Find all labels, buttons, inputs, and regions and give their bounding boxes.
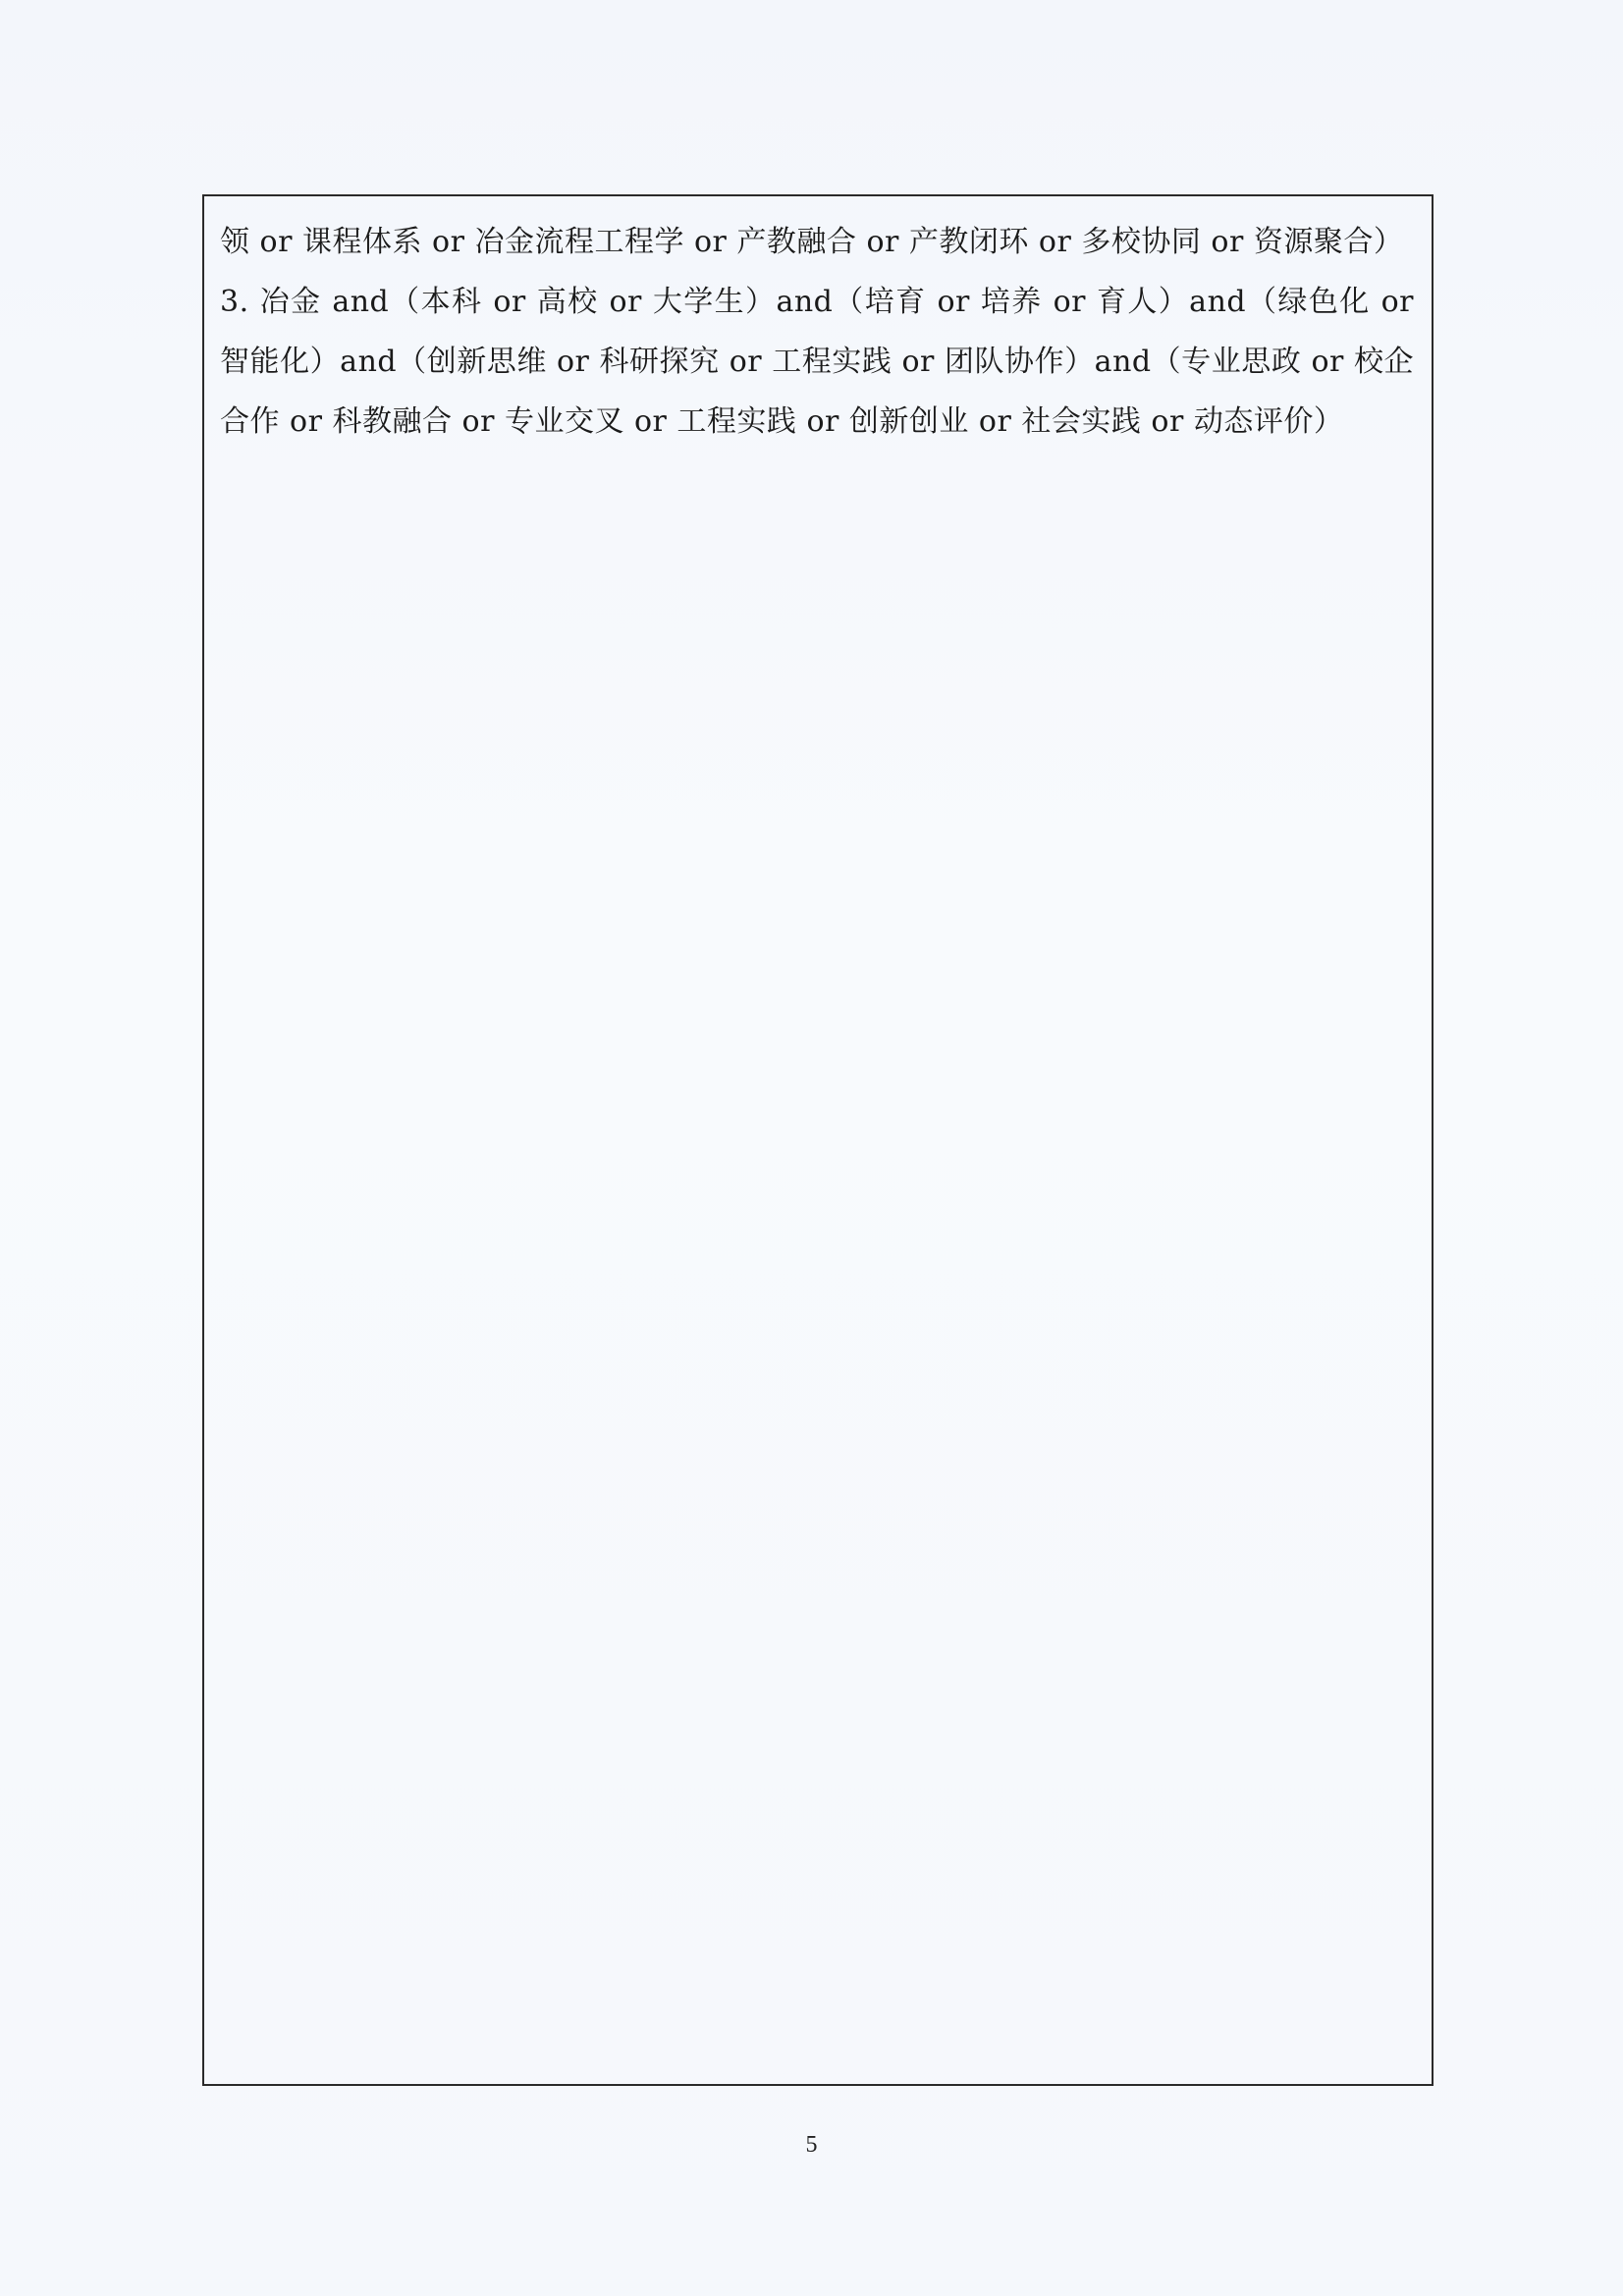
search-query-continuation: 领 or 课程体系 or 冶金流程工程学 or 产教融合 or 产教闭环 or … bbox=[220, 212, 1414, 272]
search-query-3: 3. 冶金 and（本科 or 高校 or 大学生）and（培育 or 培养 o… bbox=[220, 272, 1414, 452]
box-content: 领 or 课程体系 or 冶金流程工程学 or 产教融合 or 产教闭环 or … bbox=[220, 212, 1414, 452]
page-number: 5 bbox=[0, 2132, 1623, 2159]
bordered-text-box: 领 or 课程体系 or 冶金流程工程学 or 产教融合 or 产教闭环 or … bbox=[202, 194, 1434, 2086]
